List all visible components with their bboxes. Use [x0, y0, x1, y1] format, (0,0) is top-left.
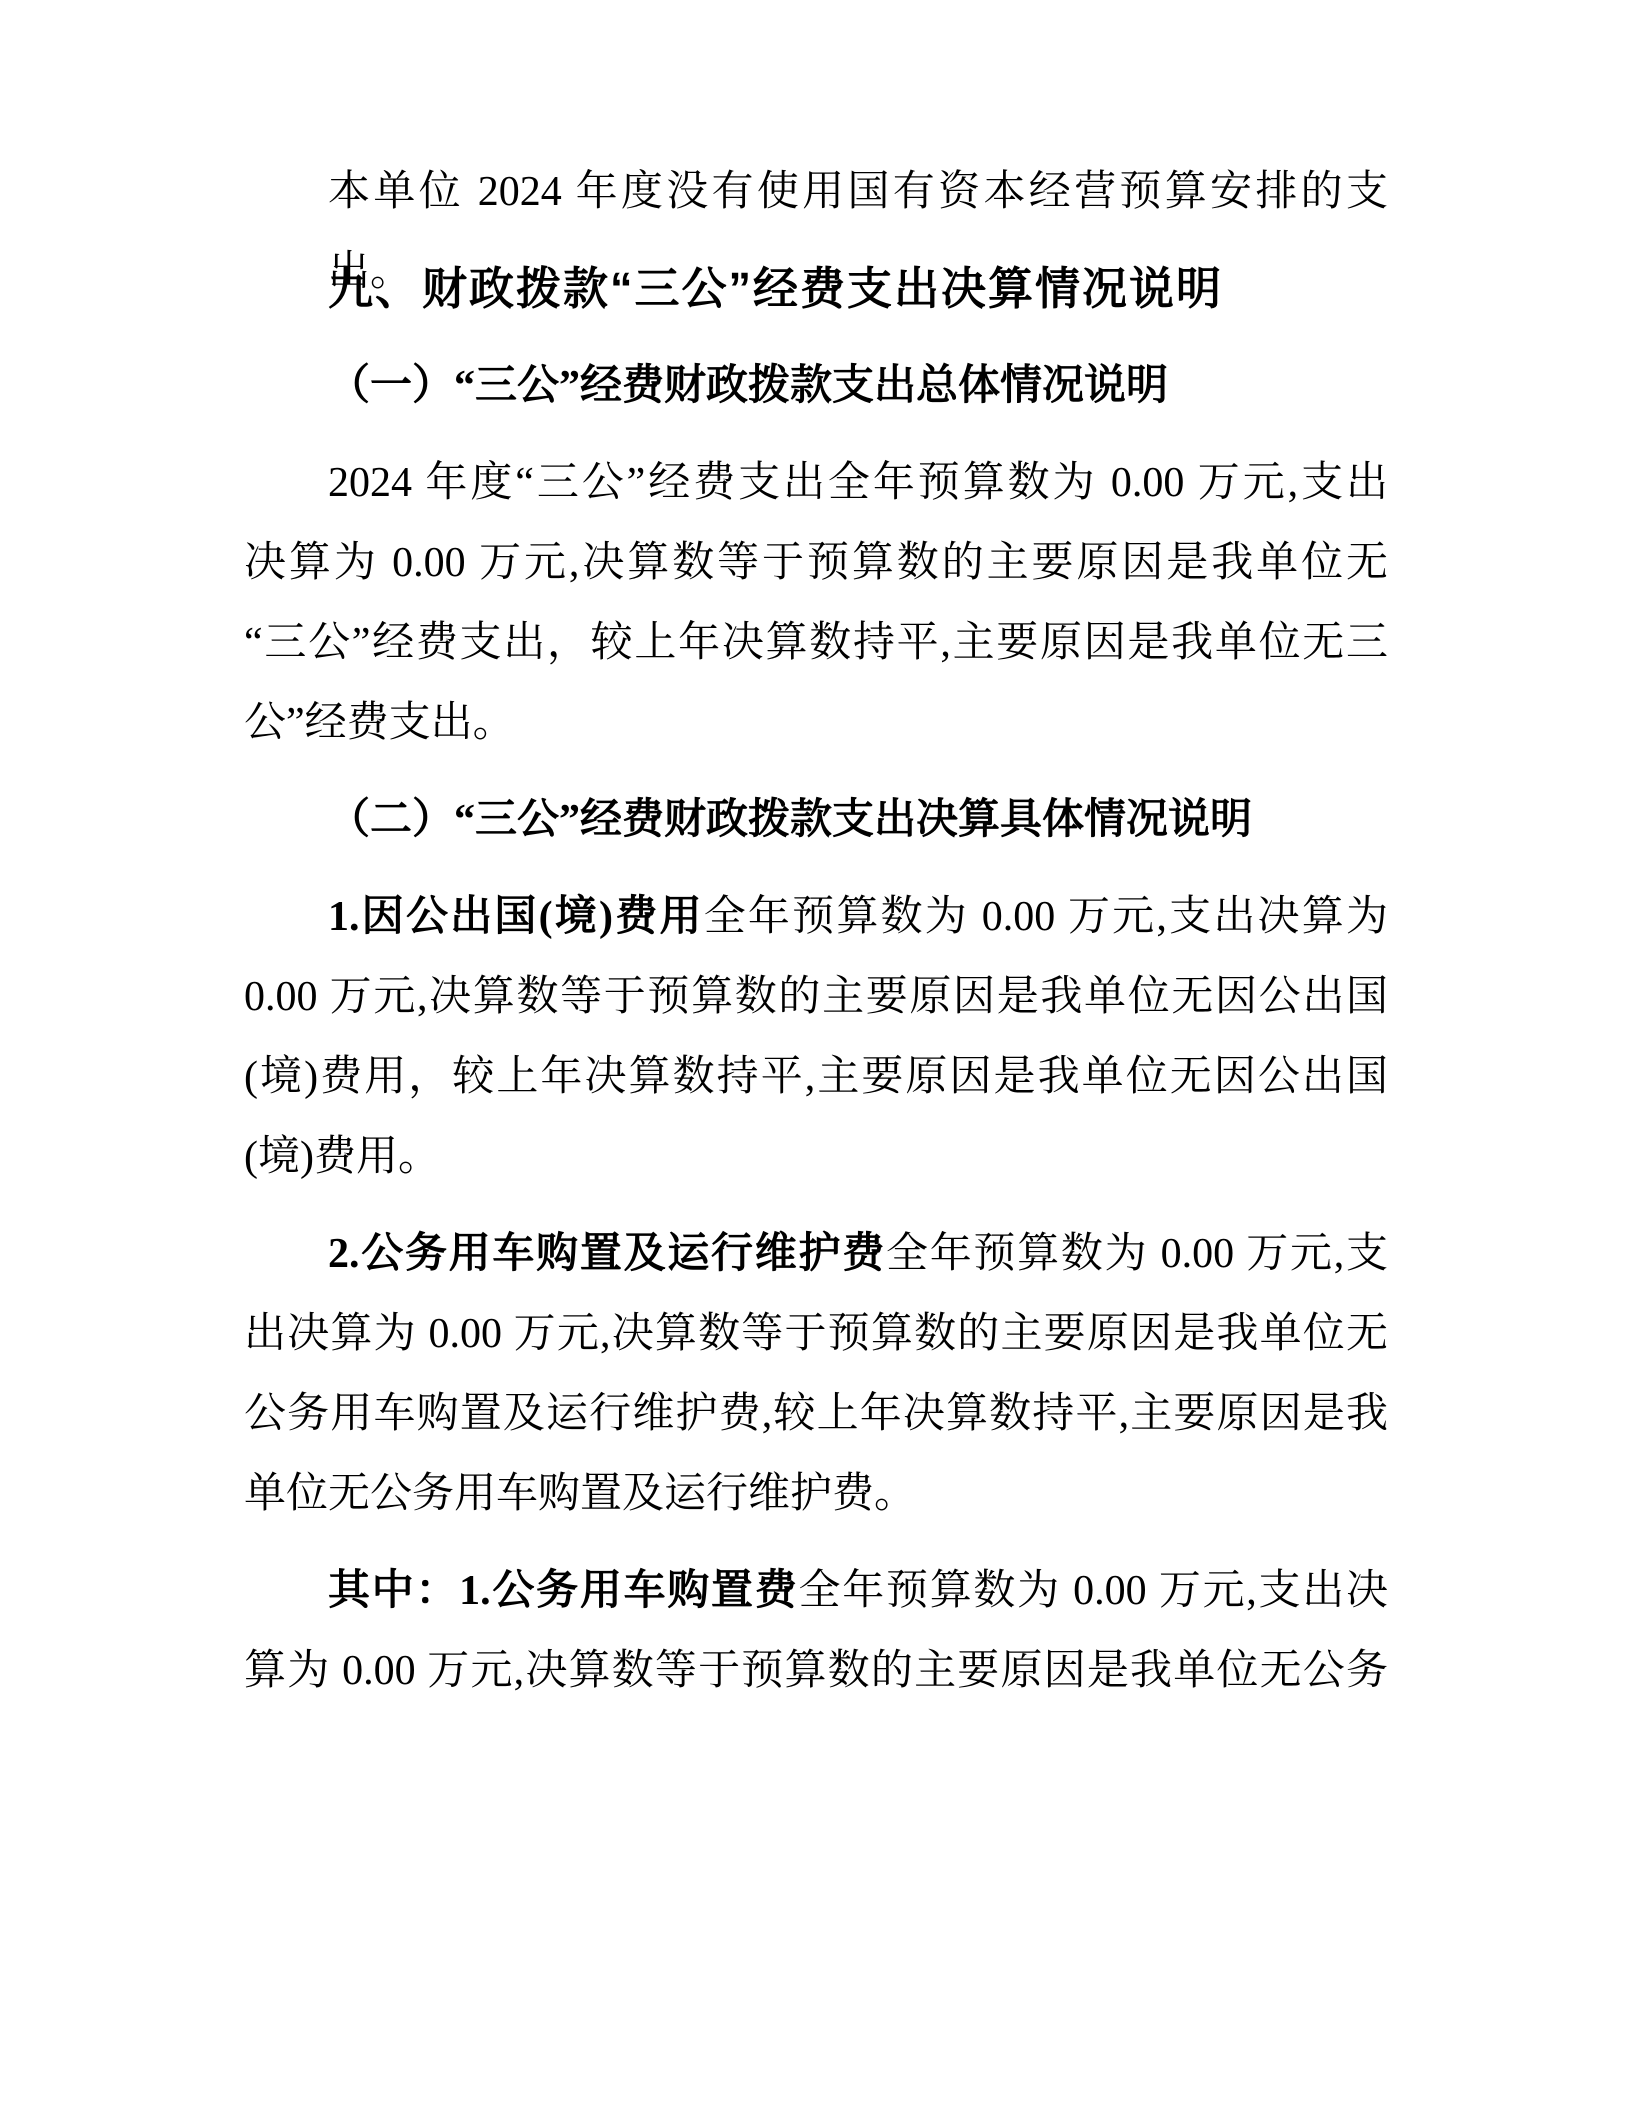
- body-paragraph-line: 出决算为 0.00 万元,决算数等于预算数的主要原因是我单位无: [244, 1294, 1388, 1374]
- body-paragraph-line: 1.因公出国(境)费用全年预算数为 0.00 万元,支出决算为: [244, 877, 1388, 957]
- text-segment: (境)费用，较上年决算数持平,主要原因是我单位无因公出国: [244, 1054, 1388, 1100]
- body-paragraph-line: 决算为 0.00 万元,决算数等于预算数的主要原因是我单位无: [244, 523, 1388, 603]
- body-paragraph-line: 算为 0.00 万元,决算数等于预算数的主要原因是我单位无公务: [244, 1631, 1388, 1711]
- text-segment: 全年预算数为 0.00 万元,支出决: [799, 1568, 1388, 1614]
- text-segment: 算为 0.00 万元,决算数等于预算数的主要原因是我单位无公务: [244, 1648, 1388, 1694]
- text-segment: 公务用车购置及运行维护费,较上年决算数持平,主要原因是我: [244, 1391, 1388, 1437]
- text-segment: 公”经费支出。: [244, 700, 515, 746]
- text-segment: 0.00 万元,决算数等于预算数的主要原因是我单位无因公出国: [244, 974, 1388, 1020]
- text-segment: 决算为 0.00 万元,决算数等于预算数的主要原因是我单位无: [244, 540, 1388, 586]
- sub-heading: （二）“三公”经费财政拨款支出决算具体情况说明: [244, 780, 1388, 860]
- text-segment: 2.公务用车购置及运行维护费: [328, 1231, 886, 1277]
- body-paragraph-line: 2.公务用车购置及运行维护费全年预算数为 0.00 万元,支: [244, 1214, 1388, 1294]
- text-segment: 全年预算数为 0.00 万元,支: [886, 1231, 1388, 1277]
- document-text-block: 本单位 2024 年度没有使用国有资本经营预算安排的支出。九、财政拨款“三公”经…: [244, 152, 1388, 1711]
- chapter-heading: 九、财政拨款“三公”经费支出决算情况说明: [244, 249, 1388, 329]
- document-page: 本单位 2024 年度没有使用国有资本经营预算安排的支出。九、财政拨款“三公”经…: [0, 0, 1632, 2112]
- text-segment: 其中：1.公务用车购置费: [328, 1568, 799, 1614]
- text-segment: （一）“三公”经费财政拨款支出总体情况说明: [328, 363, 1168, 409]
- body-paragraph-line: 其中：1.公务用车购置费全年预算数为 0.00 万元,支出决: [244, 1551, 1388, 1631]
- body-paragraph-line: (境)费用。: [244, 1117, 1388, 1197]
- text-segment: 九、财政拨款“三公”经费支出决算情况说明: [328, 263, 1223, 314]
- body-paragraph-line: 单位无公务用车购置及运行维护费。: [244, 1454, 1388, 1534]
- text-segment: 1.因公出国(境)费用: [328, 894, 704, 940]
- text-segment: 全年预算数为 0.00 万元,支出决算为: [704, 894, 1388, 940]
- text-segment: 单位无公务用车购置及运行维护费。: [244, 1471, 916, 1517]
- text-segment: 出决算为 0.00 万元,决算数等于预算数的主要原因是我单位无: [244, 1311, 1388, 1357]
- text-segment: 2024 年度“三公”经费支出全年预算数为 0.00 万元,支出: [328, 460, 1388, 506]
- body-paragraph-line: 公务用车购置及运行维护费,较上年决算数持平,主要原因是我: [244, 1374, 1388, 1454]
- body-paragraph-line: (境)费用，较上年决算数持平,主要原因是我单位无因公出国: [244, 1037, 1388, 1117]
- text-segment: (境)费用。: [244, 1134, 440, 1180]
- body-paragraph-line: 0.00 万元,决算数等于预算数的主要原因是我单位无因公出国: [244, 957, 1388, 1037]
- body-paragraph-line: 2024 年度“三公”经费支出全年预算数为 0.00 万元,支出: [244, 443, 1388, 523]
- text-segment: “三公”经费支出，较上年决算数持平,主要原因是我单位无三: [244, 620, 1388, 666]
- sub-heading: （一）“三公”经费财政拨款支出总体情况说明: [244, 346, 1388, 426]
- body-paragraph-line: 本单位 2024 年度没有使用国有资本经营预算安排的支出。: [244, 152, 1388, 232]
- body-paragraph-line: “三公”经费支出，较上年决算数持平,主要原因是我单位无三: [244, 603, 1388, 683]
- text-segment: （二）“三公”经费财政拨款支出决算具体情况说明: [328, 797, 1252, 843]
- body-paragraph-line: 公”经费支出。: [244, 683, 1388, 763]
